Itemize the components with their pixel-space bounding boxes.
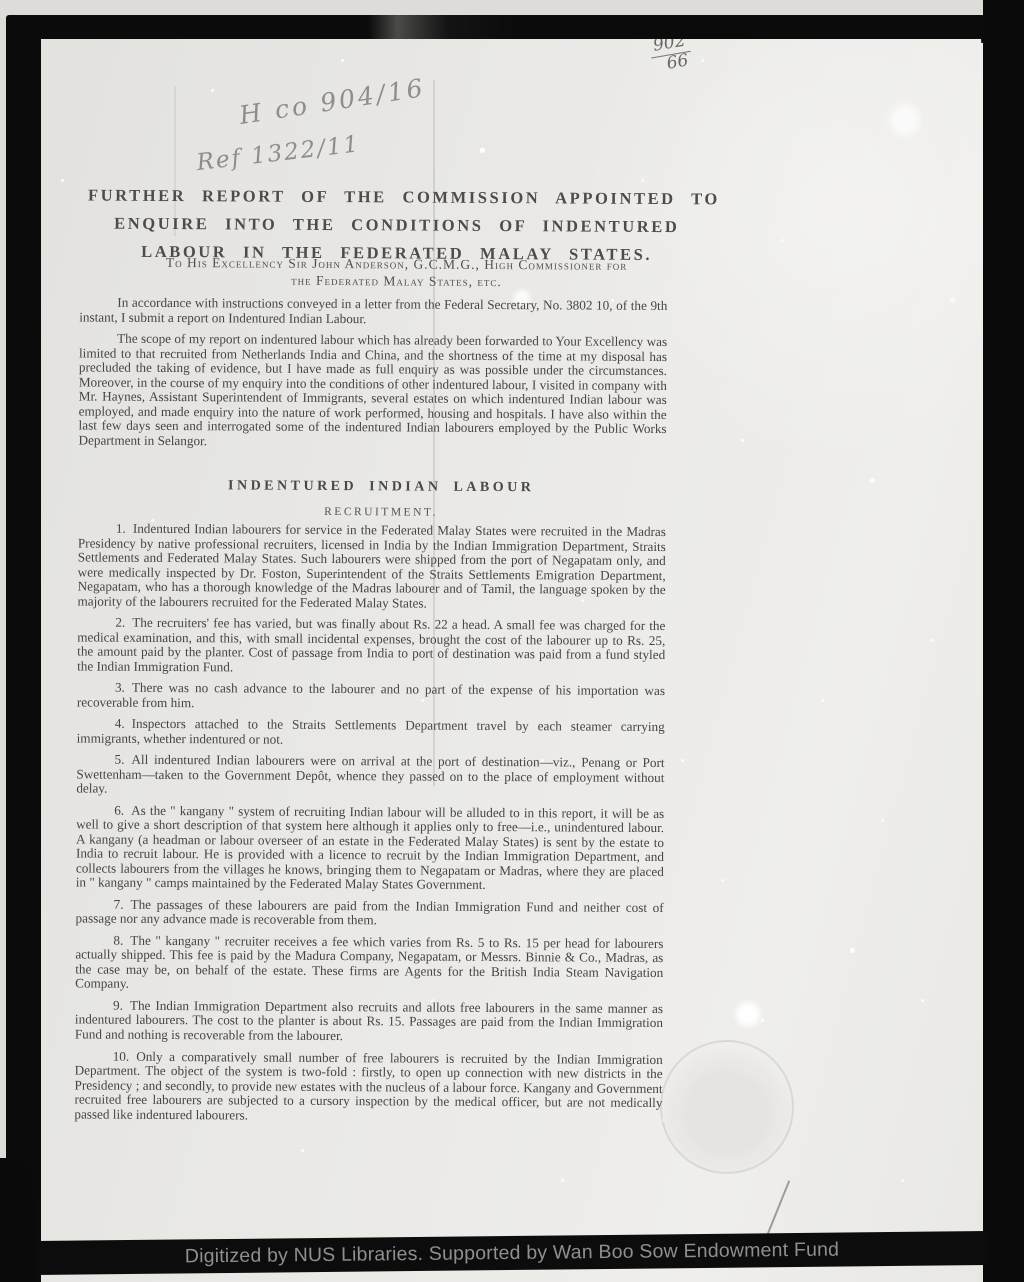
paragraph-text: All indentured Indian labourers were on … (76, 752, 664, 796)
paragraph-text: Indentured Indian labourers for service … (77, 521, 666, 610)
handwritten-reference-2: Ref 1322/11 (195, 131, 361, 176)
paragraph-number: 4. (115, 716, 132, 731)
paragraph-number: 8. (113, 933, 130, 948)
report-paragraph-2: 2.The recruiters' fee has varied, but wa… (77, 616, 665, 678)
report-paragraph-1: 1.Indentured Indian labourers for servic… (77, 521, 666, 612)
paragraph-number: 10. (113, 1048, 137, 1063)
paragraph-number: 5. (114, 752, 131, 767)
report-paragraph-9: 9.The Indian Immigration Department also… (75, 998, 663, 1045)
report-paragraph-6: 6.As the " kangany " system of recruitin… (76, 803, 665, 894)
intro-paragraph-1: In accordance with instructions conveyed… (79, 295, 667, 328)
section-heading: INDENTURED INDIAN LABOUR (86, 478, 676, 498)
paragraph-number: 7. (114, 897, 131, 912)
sub-heading: RECRUITMENT. (86, 505, 676, 521)
paragraph-number: 6. (114, 802, 131, 817)
digitization-credit: Digitized by NUS Libraries. Supported by… (185, 1238, 840, 1268)
paragraph-number: 2. (115, 615, 132, 630)
salutation: To His Excellency Sir John Anderson, G.C… (87, 254, 705, 292)
paragraph-text: The " kangany " recruiter receives a fee… (75, 933, 663, 992)
paper-sheet: H co 904/16 Ref 1322/11 902 66 FURTHER R… (6, 16, 983, 1282)
film-border-top (6, 15, 985, 39)
report-paragraph-4: 4.Inspectors attached to the Straits Set… (77, 717, 665, 750)
report-paragraph-8: 8.The " kangany " recruiter receives a f… (75, 933, 663, 995)
introduction: In accordance with instructions conveyed… (78, 295, 667, 458)
paragraph-number: 3. (115, 680, 132, 695)
report-paragraph-10: 10.Only a comparatively small number of … (74, 1049, 662, 1125)
paragraph-text: The recruiters' fee has varied, but was … (77, 615, 665, 674)
report-paragraph-7: 7.The passages of these labourers are pa… (76, 897, 664, 930)
paragraph-text: Only a comparatively small number of fre… (74, 1048, 662, 1122)
film-border-bottom-left (0, 1158, 36, 1282)
paragraph-text: The passages of these labourers are paid… (76, 897, 664, 928)
report-body: 1.Indentured Indian labourers for servic… (74, 521, 666, 1132)
paragraph-text: There was no cash advance to the laboure… (77, 680, 665, 710)
film-border-left (6, 16, 41, 1282)
paragraph-number: 9. (113, 998, 130, 1013)
report-paragraph-3: 3.There was no cash advance to the labou… (77, 681, 665, 714)
printed-content: H co 904/16 Ref 1322/11 902 66 FURTHER R… (1, 13, 986, 1282)
scanned-document-page: H co 904/16 Ref 1322/11 902 66 FURTHER R… (0, 0, 1024, 1282)
film-border-right (983, 0, 1024, 1282)
intro-paragraph-2: The scope of my report on indentured lab… (78, 331, 667, 451)
paragraph-text: As the " kangany " system of recruiting … (76, 803, 665, 893)
paragraph-number: 1. (116, 521, 133, 536)
paragraph-text: The Indian Immigration Department also r… (75, 998, 663, 1043)
report-paragraph-5: 5.All indentured Indian labourers were o… (76, 753, 664, 800)
paragraph-text: Inspectors attached to the Straits Settl… (77, 716, 665, 746)
report-title-line-1: FURTHER REPORT OF THE COMMISSION APPOINT… (88, 182, 706, 214)
report-title-line-2: ENQUIRE INTO THE CONDITIONS OF INDENTURE… (88, 210, 706, 242)
handwritten-reference-1: H co 904/16 (237, 73, 427, 130)
